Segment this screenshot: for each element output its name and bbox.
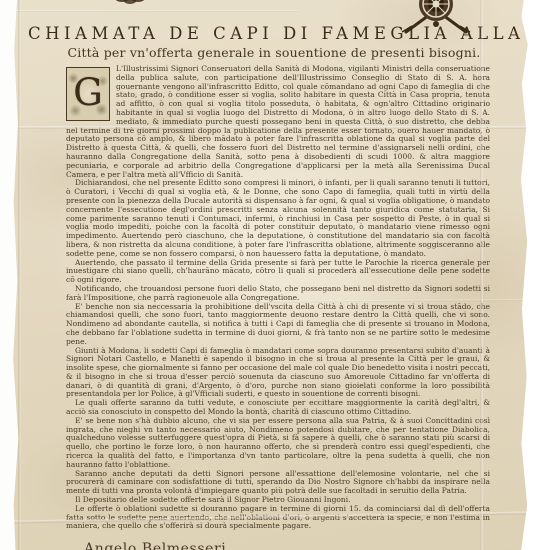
printer-ornament-icon	[102, 0, 160, 7]
coat-of-arms-icon	[394, 0, 478, 40]
body-paragraph: E' benche non sia neccessaria la prohibi…	[66, 303, 490, 347]
photo-background: CHIAMATA DE CAPI DI FAMEGLIA ALLA Città …	[0, 0, 550, 550]
body-paragraph: Dichiarandosi, che nel presente Editto s…	[66, 179, 490, 258]
paper-crease	[10, 10, 298, 12]
document-subtitle: Città per vn'offerta generale in souenti…	[24, 45, 524, 60]
body-paragraph: Auertendo, che passato il termine della …	[66, 259, 490, 285]
broadside-sheet: CHIAMATA DE CAPI DI FAMEGLIA ALLA Città …	[10, 0, 534, 550]
paper-crease	[18, 0, 21, 550]
body-paragraph: E' se bene non s'hà dubbio alcuno, che v…	[66, 417, 490, 470]
woodcut-initial: G	[66, 67, 110, 121]
body-paragraph: Le quali offerte saranno da tutti vedute…	[66, 399, 490, 417]
body-paragraph: GL'Illustrissimi Signori Conseruatori de…	[66, 65, 490, 179]
body-paragraph: Giunti à Modona, li sodetti Capi di fame…	[66, 347, 490, 400]
document-body: GL'Illustrissimi Signori Conseruatori de…	[66, 65, 490, 531]
body-paragraph: Saranno anche deputati da detti Signori …	[66, 470, 490, 496]
signature-name: Angelo Belmesseri.	[84, 541, 534, 550]
body-paragraph: Notificando, che trouandosi persone fuor…	[66, 285, 490, 303]
body-paragraph: Le offerte ò oblationi sudette si douran…	[66, 505, 490, 531]
paragraph-text: L'Illustrissimi Signori Conseruatori del…	[66, 64, 490, 179]
